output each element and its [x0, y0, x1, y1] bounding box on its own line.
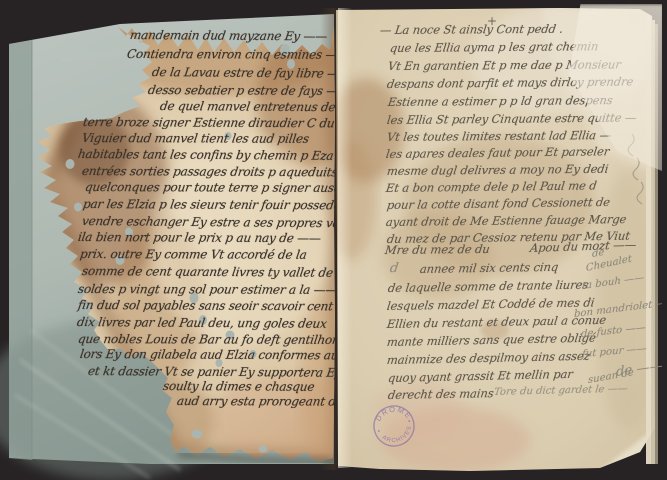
- manuscript-line: et kt dassier Vt se panier Ey supportera…: [87, 365, 335, 380]
- manuscript-line: mandemain dud mayzane Ey ——: [129, 29, 328, 44]
- right-page: + — La noce St ainsly Cont pedd . que le…: [336, 0, 662, 480]
- manuscript-line: desso sebatier p estre de fays ——: [147, 84, 335, 98]
- margin-note: de: [592, 248, 605, 260]
- margin-note: fut pour ——: [582, 344, 647, 360]
- manuscript-line: aud arry esta prorogeant de: [176, 395, 335, 409]
- manuscript-line: somme de cent quarante livres ty vallet …: [81, 265, 334, 280]
- manuscript-line: de la Lavau estre de fay libre ——: [151, 66, 335, 81]
- manuscript-line: quelconques pour toute terre p signer au…: [84, 181, 335, 195]
- manuscript-line: les apares deales faut pour Et parseler: [385, 145, 610, 160]
- manuscript-line: entrées sorties passages droits p aquedu…: [81, 165, 335, 180]
- manuscript-line: habitables tant les confins by chemin p …: [77, 148, 334, 163]
- manuscript-line: fin dud sol payables sans seoir scavoir …: [77, 299, 334, 314]
- manuscript-line: lors Ey don gilabela aud Elzia conformes…: [79, 348, 335, 363]
- manuscript-line: Estienne a estimer p p ld gran despens: [387, 94, 613, 109]
- manuscript-line: lesquels mazdel Et Coddé de mes di: [386, 296, 595, 312]
- manuscript-line: de laquelle somme de trante liures: [387, 279, 589, 295]
- left-page: mandemain dud mayzane Ey —— Contiendra e…: [0, 0, 335, 480]
- manuscript-line: prix. outre Ey comme Vt accordé de la: [79, 248, 307, 262]
- manuscript-line: Mre du mez de du: [384, 243, 490, 257]
- manuscript-line: mante milliers sans que estre obligé: [386, 332, 596, 349]
- margin-note: Apou du mozt ——: [529, 238, 637, 254]
- manuscript-line: par les Elzia p les sieurs tenir fouir p…: [82, 198, 335, 213]
- manuscript-line: que les Ellia ayma p les grat chemin: [389, 40, 599, 54]
- manuscript-line: annee mil six cents cinq: [419, 261, 559, 276]
- manuscript-line: Viguier dud manvel tient les aud pilles: [81, 132, 310, 146]
- margin-note: ta bouh ——: [582, 273, 644, 291]
- manuscript-line: pour la cotte disant fond Cessionett de: [386, 196, 611, 212]
- stamp-dot: [408, 420, 411, 423]
- archive-stamp: DROME ARCHIVES: [364, 396, 424, 456]
- manuscript-line: — La noce St ainsly Cont pedd .: [379, 23, 564, 37]
- stamp-dot: [378, 430, 381, 433]
- manuscript-line: Contiendra environ cinq esmines ——: [126, 48, 335, 62]
- manuscript-line: vendre eschanger Ey estre a ses propres …: [81, 215, 335, 231]
- margin-note: d: [389, 262, 399, 275]
- manuscript-line: Vt les toutes limites restant lad Ellia …: [386, 129, 612, 144]
- manuscript-scan: mandemain dud mayzane Ey —— Contiendra e…: [0, 0, 667, 480]
- manuscript-line: soldes p vingt ung sol pour estimer a la…: [77, 283, 335, 297]
- manuscript-line: que nobles Louis de Bar au fo deft genti…: [77, 333, 335, 347]
- margin-note: Tore du dict gardet le ——: [493, 385, 628, 398]
- manuscript-line: de quel manvel entretenus de ——: [159, 100, 335, 115]
- manuscript-line: ayant droit de Me Estienne fauage Marge: [385, 213, 627, 229]
- manuscript-line: Et a bon compte dele p lel Paul me d: [385, 179, 597, 194]
- manuscript-line: terre broze signer Estienne diraudier C …: [82, 116, 335, 131]
- manuscript-line: mesme dugl delivres a moy no Ey dedi: [386, 163, 609, 178]
- manuscript-line: quoy ayant grassit Et mellin par: [387, 368, 573, 385]
- manuscript-line: mainmize des despilmoy ains assez: [386, 350, 590, 367]
- manuscript-line: soulty la dimes e chasque: [162, 380, 315, 394]
- manuscript-line: dix livres par led Paul deu, ung goles d…: [76, 316, 328, 331]
- manuscript-line: ila bien nort pour le prix p au nay de —…: [77, 231, 322, 245]
